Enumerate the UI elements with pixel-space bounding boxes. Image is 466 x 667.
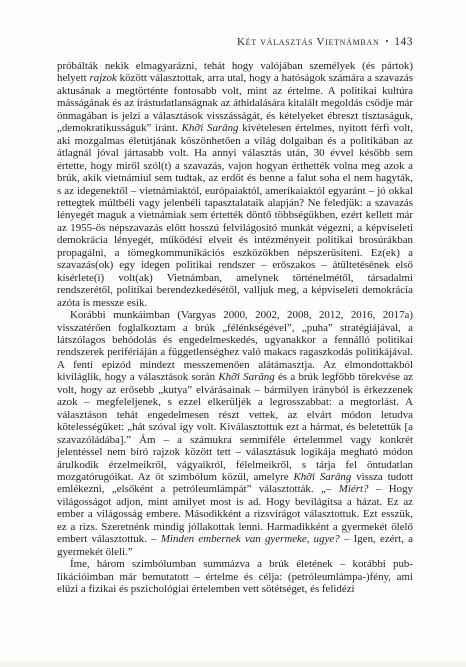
paragraph: próbálták nekik elmagyarázni, tehát hogy…: [57, 60, 413, 309]
separator-bullet-icon: •: [385, 37, 388, 46]
running-header: Két választás Vietnámban•143: [57, 36, 413, 48]
page-number: 143: [394, 36, 413, 48]
text-run: kivételesen értelmes, nyitott férfi volt…: [57, 122, 413, 308]
italic-text-run: rajzok: [90, 72, 117, 84]
italic-text-run: Khỡi Sarâng: [182, 122, 239, 134]
body-text: próbálták nekik elmagyarázni, tehát hogy…: [57, 60, 413, 595]
italic-text-run: Miért?: [339, 483, 369, 495]
italic-text-run: Khỡi Sarâng: [293, 471, 351, 483]
text-run: és a brúk legfőbb törekvése az volt, hog…: [57, 371, 413, 483]
running-header-title: Két választás Vietnámban: [237, 36, 379, 48]
book-page: Két választás Vietnámban•143 próbálták n…: [0, 0, 466, 667]
paragraph: Korábbi munkáimban (Vargyas 2000, 2002, …: [57, 309, 413, 558]
italic-text-run: Minden embernek van gyermeke, ugye?: [161, 533, 340, 545]
italic-text-run: Khỡi Sarâng: [218, 371, 274, 383]
text-run: Íme, három szimbólumban summázva a brúk …: [57, 558, 413, 595]
paragraph: Íme, három szimbólumban summázva a brúk …: [57, 558, 413, 595]
